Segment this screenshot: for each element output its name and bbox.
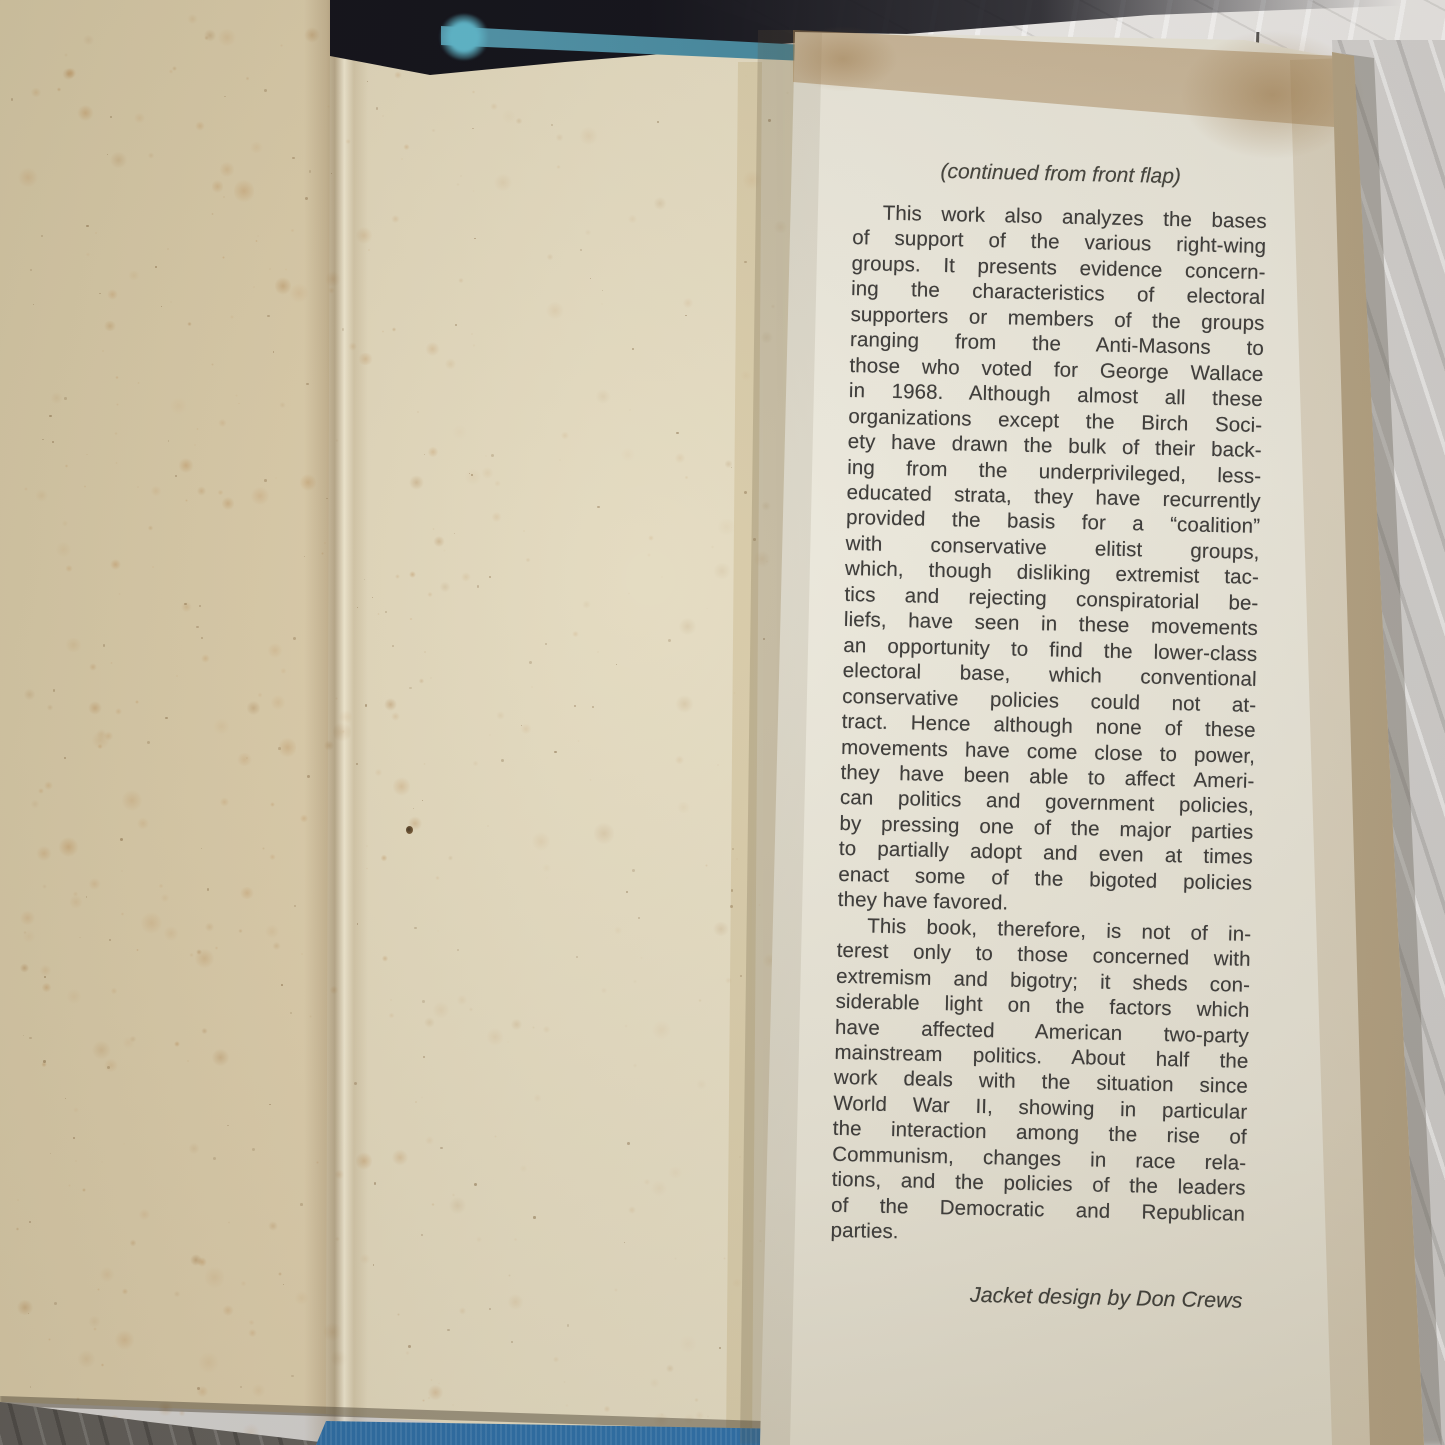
gutter-crease [304,0,368,1445]
book-photo-scene: (continued from front flap) This work al… [0,0,1445,1445]
flap-text-block: (continued from front flap) This work al… [829,158,1268,1313]
dark-speck [406,826,413,834]
flap-paragraph-1: This work also analyzes the basesof supp… [838,200,1267,922]
teal-paint-smear [438,14,490,60]
flap-corner-stain-left [788,26,898,92]
flap-paragraph-2: This book, therefore, is not of in-teres… [830,913,1251,1253]
